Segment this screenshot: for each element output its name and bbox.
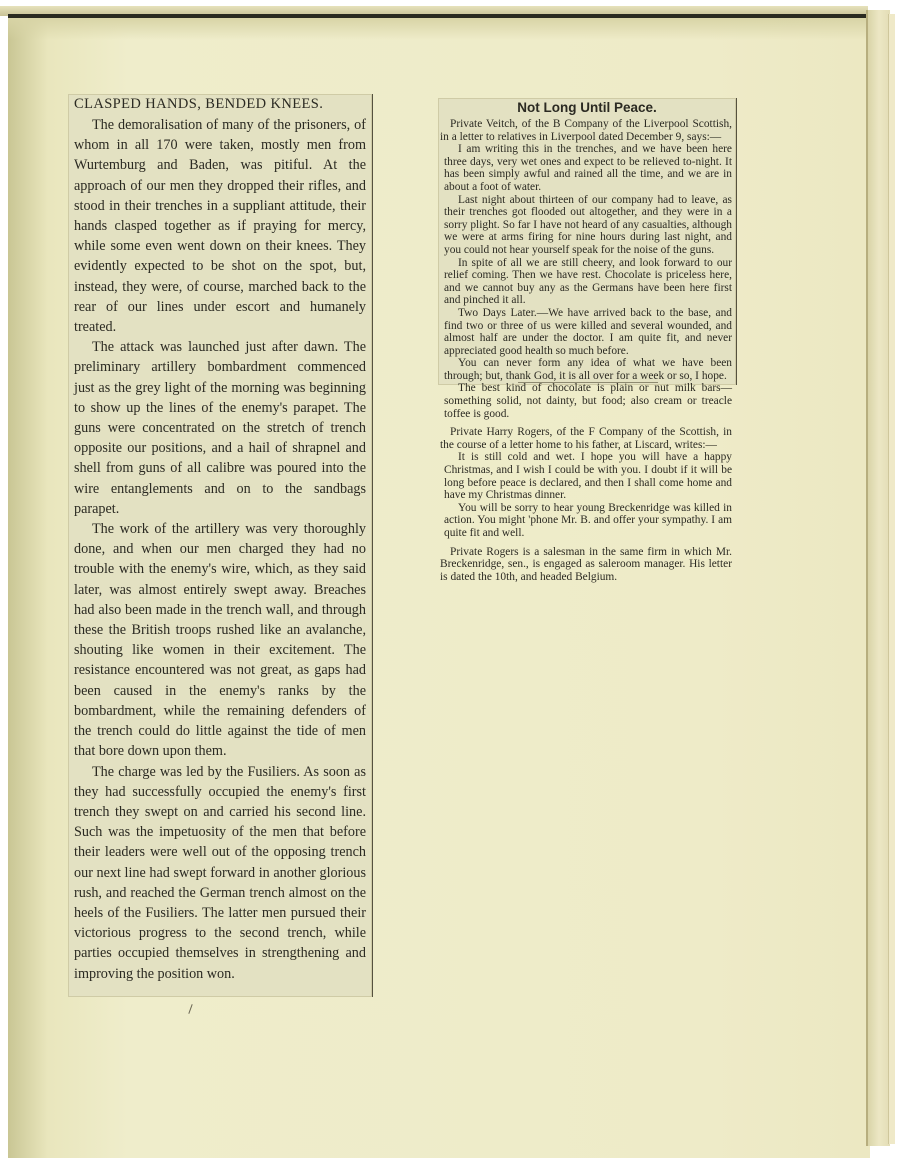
paragraph: The charge was led by the Fusiliers. As … — [74, 762, 366, 984]
paragraph: In spite of all we are still cheery, and… — [444, 257, 732, 307]
clipping-headline: CLASPED HANDS, BENDED KNEES. — [74, 96, 368, 113]
paragraph: The work of the artillery was very thoro… — [74, 519, 366, 761]
page-shadow — [8, 18, 870, 40]
paragraph: You will be sorry to hear young Breckenr… — [444, 502, 732, 540]
paragraph: The best kind of chocolate is plain or n… — [444, 382, 732, 420]
newspaper-clipping-left: CLASPED HANDS, BENDED KNEES. The demoral… — [68, 94, 373, 997]
paragraph: Last night about thirteen of our company… — [444, 194, 732, 257]
clipping-headline: Not Long Until Peace. — [438, 100, 736, 115]
album-page-edge-outer — [888, 14, 895, 1144]
album-page-edges — [866, 10, 890, 1146]
clipping-bottom-rule — [518, 382, 658, 383]
paragraph: Two Days Later.—We have arrived back to … — [444, 307, 732, 357]
paragraph: I am writing this in the trenches, and w… — [444, 143, 732, 193]
paragraph: You can never form any idea of what we h… — [444, 357, 732, 382]
paragraph: Private Harry Rogers, of the F Company o… — [440, 426, 732, 451]
newspaper-clipping-right: Not Long Until Peace. Private Veitch, of… — [438, 98, 737, 385]
paragraph: Private Veitch, of the B Company of the … — [440, 118, 732, 143]
paragraph: It is still cold and wet. I hope you wil… — [444, 451, 732, 501]
paragraph: The attack was launched just after dawn.… — [74, 337, 366, 519]
paragraph: Private Rogers is a salesman in the same… — [440, 546, 732, 584]
clipping-body: Private Veitch, of the B Company of the … — [444, 118, 732, 583]
clipping-body: The demoralisation of many of the prison… — [74, 115, 366, 984]
paragraph: The demoralisation of many of the prison… — [74, 115, 366, 337]
